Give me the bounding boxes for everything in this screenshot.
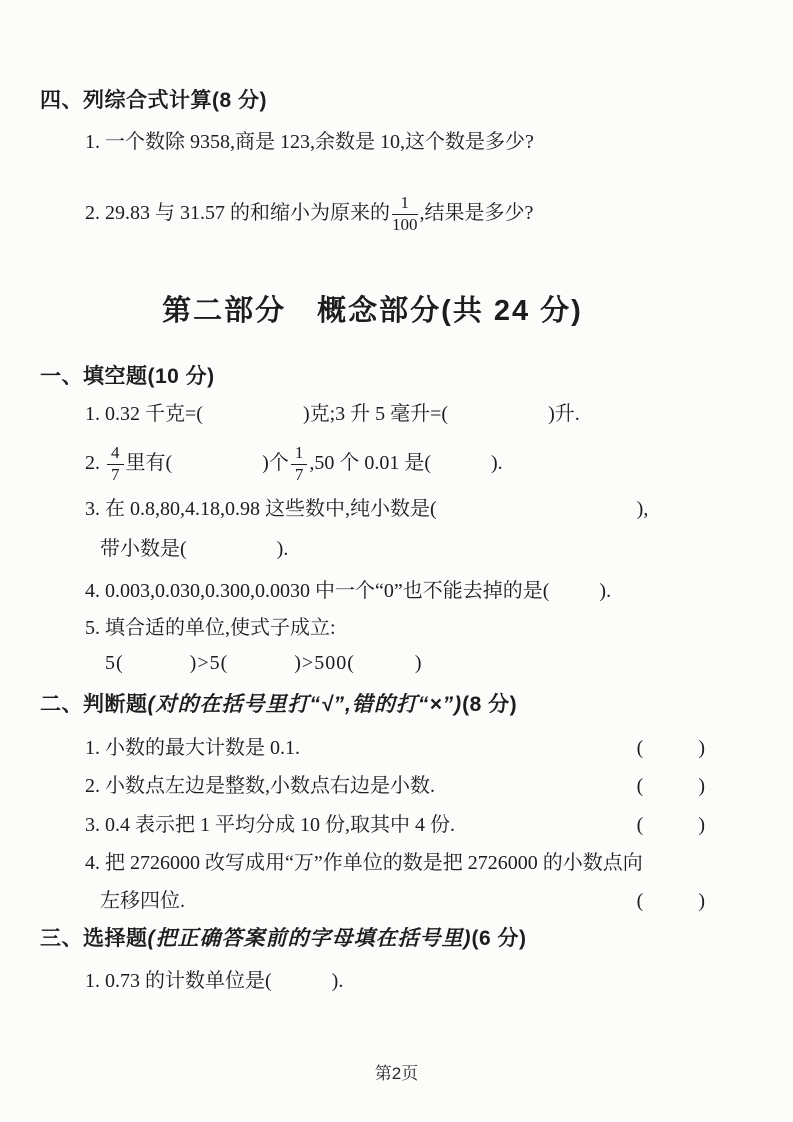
fraction-numerator: 4	[107, 444, 124, 465]
answer-bracket: ( )	[637, 772, 705, 800]
judge-heading-score: (8 分)	[462, 693, 517, 716]
judge-text: 1. 小数的最大计数是 0.1.	[85, 734, 300, 762]
question-fill-4: 4. 0.003,0.030,0.300,0.0030 中一个“0”也不能去掉的…	[40, 577, 705, 605]
section-heading-choice: 三、选择题(把正确答案前的字母填在括号里)(6 分)	[40, 926, 705, 952]
fraction-denominator: 100	[392, 215, 418, 235]
question-fill-3-line2: 带小数是( ).	[40, 535, 705, 563]
question-number: 2.	[85, 202, 105, 224]
question-judge-3: 3. 0.4 表示把 1 平均分成 10 份,取其中 4 份. ( )	[40, 811, 705, 839]
choice-heading-title: 三、选择题	[40, 927, 148, 950]
question-fill-5: 5. 填合适的单位,使式子成立:	[40, 614, 705, 642]
judge-text: 2. 小数点左边是整数,小数点右边是小数.	[85, 772, 435, 800]
answer-bracket: ( )	[637, 811, 705, 839]
question-text-mid: 里有( )个	[126, 452, 289, 474]
choice-heading-score: (6 分)	[472, 927, 527, 950]
judge-text: 左移四位.	[100, 887, 185, 915]
fraction-denominator: 7	[291, 465, 308, 485]
question-calc-2: 2. 29.83 与 31.57 的和缩小为原来的1100,结果是多少?	[40, 194, 705, 234]
question-fill-1: 1. 0.32 千克=( )克;3 升 5 毫升=( )升.	[40, 400, 705, 428]
choice-heading-note: (把正确答案前的字母填在括号里)	[148, 927, 472, 950]
question-text-before: 29.83 与 31.57 的和缩小为原来的	[105, 202, 390, 224]
question-judge-4-line1: 4. 把 2726000 改写成用“万”作单位的数是把 2726000 的小数点…	[40, 849, 705, 877]
fraction-numerator: 1	[291, 444, 308, 465]
question-judge-1: 1. 小数的最大计数是 0.1. ( )	[40, 734, 705, 762]
exam-page: 四、列综合式计算(8 分) 1. 一个数除 9358,商是 123,余数是 10…	[0, 0, 793, 1122]
question-number: 2.	[85, 452, 105, 474]
answer-bracket: ( )	[637, 734, 705, 762]
question-choice-1: 1. 0.73 的计数单位是( ).	[40, 967, 705, 995]
fraction-numerator: 1	[392, 194, 418, 215]
question-fill-2: 2. 47里有( )个17,50 个 0.01 是( ).	[40, 444, 705, 484]
judge-text: 3. 0.4 表示把 1 平均分成 10 份,取其中 4 份.	[85, 811, 455, 839]
question-judge-2: 2. 小数点左边是整数,小数点右边是小数. ( )	[40, 772, 705, 800]
question-judge-4-line2: 左移四位. ( )	[40, 887, 705, 915]
question-text-tail: ,50 个 0.01 是( ).	[309, 452, 502, 474]
question-calc-1: 1. 一个数除 9358,商是 123,余数是 10,这个数是多少?	[40, 128, 705, 156]
judge-heading-note: (对的在括号里打“√”,错的打“×”)	[148, 693, 463, 716]
judge-heading-title: 二、判断题	[40, 693, 148, 716]
fraction-1-100: 1100	[390, 194, 420, 234]
page-number: 第2页	[0, 1060, 793, 1088]
fraction-1-7: 17	[289, 444, 310, 484]
answer-bracket: ( )	[637, 887, 705, 915]
question-text-after: ,结果是多少?	[420, 202, 534, 224]
fraction-4-7: 47	[105, 444, 126, 484]
question-fill-5-expression: 5( )>5( )>500( )	[40, 649, 705, 677]
section-heading-judge: 二、判断题(对的在括号里打“√”,错的打“×”)(8 分)	[40, 692, 705, 718]
part2-title: 第二部分 概念部分(共 24 分)	[40, 294, 705, 328]
fraction-denominator: 7	[107, 465, 124, 485]
section-heading-calc: 四、列综合式计算(8 分)	[40, 88, 705, 114]
question-fill-3-line1: 3. 在 0.8,80,4.18,0.98 这些数中,纯小数是( ),	[40, 495, 705, 523]
section-heading-fill: 一、填空题(10 分)	[40, 364, 705, 390]
